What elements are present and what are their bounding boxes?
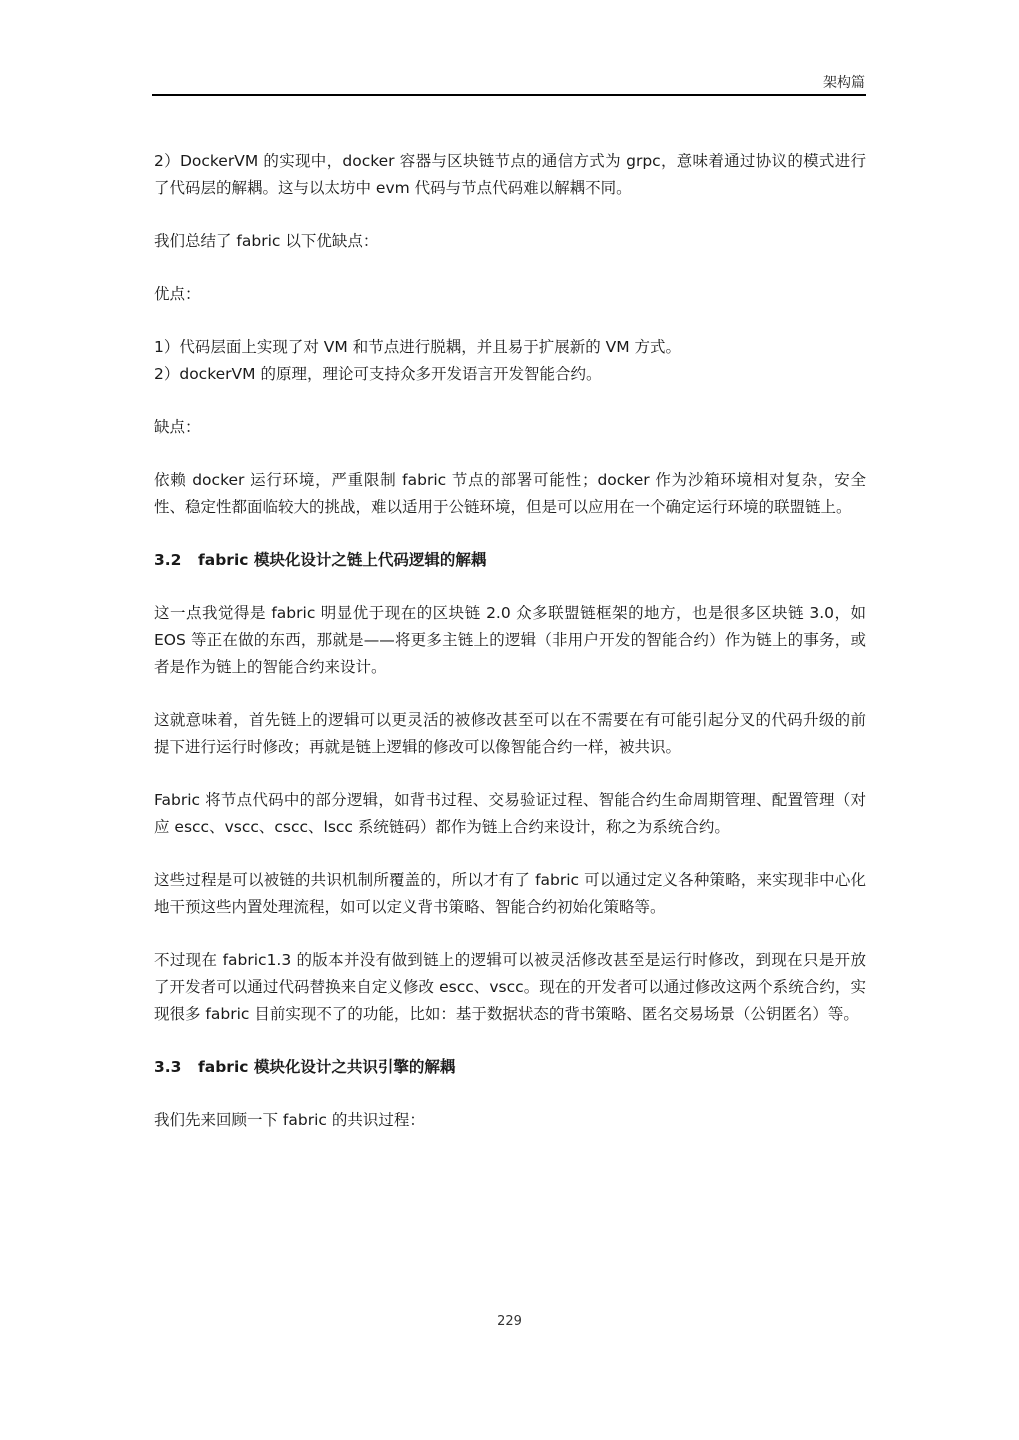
paragraph-consensus-review: 我们先来回顾一下 fabric 的共识过程： (154, 1107, 866, 1134)
section-number: 3.3 (154, 1054, 198, 1081)
running-header-title: 架构篇 (823, 72, 865, 92)
paragraph-consensus-policies: 这些过程是可以被链的共识机制所覆盖的，所以才有了 fabric 可以通过定义各种… (154, 867, 866, 921)
section-heading-3-2: 3.2fabric 模块化设计之链上代码逻辑的解耦 (154, 547, 866, 574)
section-number: 3.2 (154, 547, 198, 574)
paragraph-summary-intro: 我们总结了 fabric 以下优缺点： (154, 228, 866, 255)
paragraph-runtime-modification: 这就意味着，首先链上的逻辑可以更灵活的被修改甚至可以在不需要在有可能引起分叉的代… (154, 707, 866, 761)
section-title: fabric 模块化设计之链上代码逻辑的解耦 (198, 551, 486, 569)
header-rule (152, 94, 866, 96)
section-heading-3-3: 3.3fabric 模块化设计之共识引擎的解耦 (154, 1054, 866, 1081)
cons-paragraph: 依赖 docker 运行环境，严重限制 fabric 节点的部署可能性；dock… (154, 467, 866, 521)
paragraph-dockervm-grpc: 2）DockerVM 的实现中，docker 容器与区块链节点的通信方式为 gr… (154, 148, 866, 202)
page-body: 2）DockerVM 的实现中，docker 容器与区块链节点的通信方式为 gr… (154, 148, 866, 1160)
paragraph-fabric13-limits: 不过现在 fabric1.3 的版本并没有做到链上的逻辑可以被灵活修改甚至是运行… (154, 947, 866, 1028)
section-title: fabric 模块化设计之共识引擎的解耦 (198, 1058, 455, 1076)
pros-list: 1）代码层面上实现了对 VM 和节点进行脱耦，并且易于扩展新的 VM 方式。 2… (154, 334, 866, 388)
paragraph-fabric-advantage: 这一点我觉得是 fabric 明显优于现在的区块链 2.0 众多联盟链框架的地方… (154, 600, 866, 681)
paragraph-system-chaincode: Fabric 将节点代码中的部分逻辑，如背书过程、交易验证过程、智能合约生命周期… (154, 787, 866, 841)
pros-label: 优点： (154, 281, 866, 308)
cons-label: 缺点： (154, 414, 866, 441)
page-number: 229 (0, 1314, 1019, 1329)
pros-item: 2）dockerVM 的原理，理论可支持众多开发语言开发智能合约。 (154, 361, 866, 388)
pros-item: 1）代码层面上实现了对 VM 和节点进行脱耦，并且易于扩展新的 VM 方式。 (154, 334, 866, 361)
